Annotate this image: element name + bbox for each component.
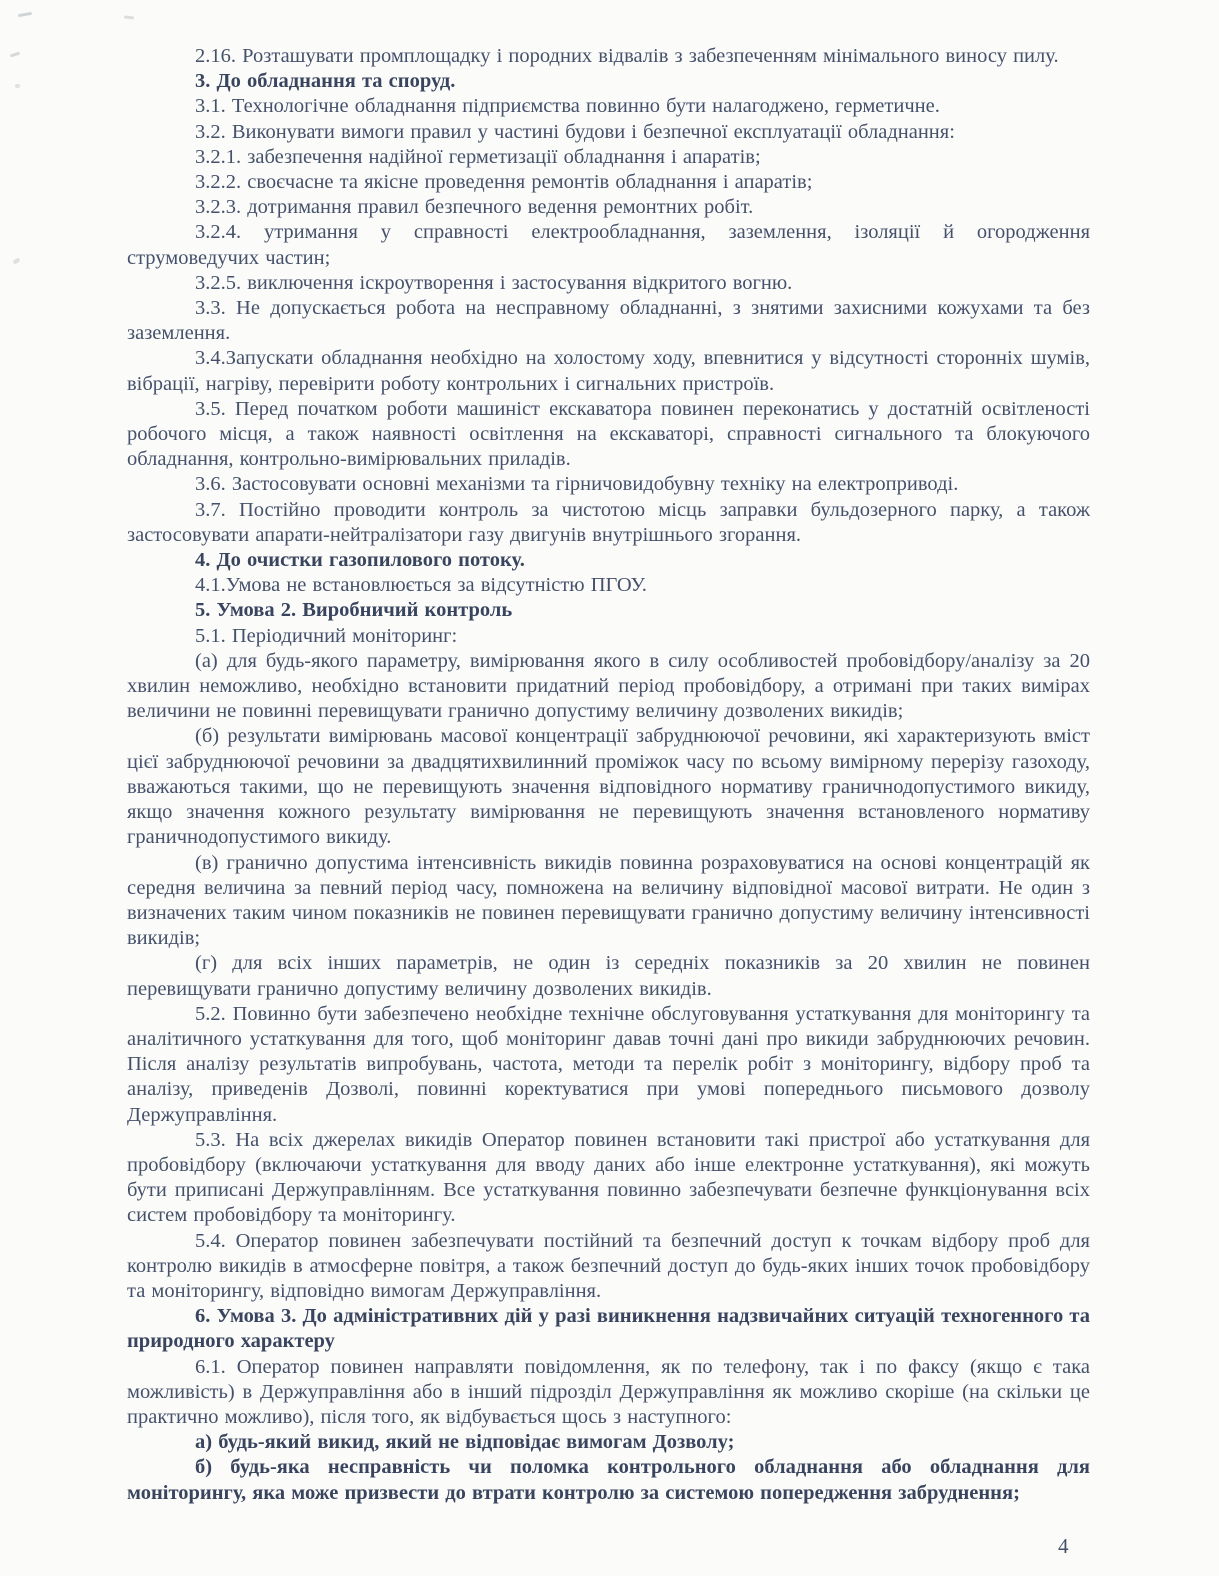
paragraph: 5.4. Оператор повинен забезпечувати пост… [127,1229,1090,1305]
paragraph: 3.3. Не допускається робота на несправно… [127,296,1090,346]
paragraph: 6.1. Оператор повинен направляти повідом… [127,1355,1090,1431]
document-body: 2.16. Розташувати промплощадку і породни… [127,44,1090,1506]
paragraph: (б) результати вимірювань масової концен… [127,724,1090,850]
paragraph: 3.2.4. утримання у справності електрообл… [127,220,1090,270]
scan-speck [10,52,20,58]
paragraph: 3.2. Виконувати вимоги правил у частині … [127,120,1090,145]
paragraph: 5.2. Повинно бути забезпечено необхідне … [127,1002,1090,1128]
paragraph: (а) для будь-якого параметру, вимірюванн… [127,649,1090,725]
paragraph: 3.2.1. забезпечення надійної герметизаці… [127,145,1090,170]
scan-speck [12,258,20,265]
paragraph: (г) для всіх інших параметрів, не один і… [127,951,1090,1001]
paragraph: 5.1. Періодичний моніторинг: [127,624,1090,649]
section-heading: 6. Умова 3. До адміністративних дій у ра… [127,1304,1090,1354]
paragraph: 3.4.Запускати обладнання необхідно на хо… [127,346,1090,396]
paragraph: 2.16. Розташувати промплощадку і породни… [127,44,1090,69]
paragraph: 5.3. На всіх джерелах викидів Оператор п… [127,1128,1090,1229]
section-heading: 4. До очистки газопилового потоку. [127,548,1090,573]
bold-list-item: а) будь-який викид, який не відповідає в… [127,1430,1090,1455]
scan-speck [15,84,20,88]
page-number: 4 [1058,1534,1069,1559]
paragraph: 3.2.2. своєчасне та якісне проведення ре… [127,170,1090,195]
paragraph: 3.2.5. виключення іскроутворення і засто… [127,271,1090,296]
paragraph: 3.2.3. дотримання правил безпечного веде… [127,195,1090,220]
paragraph: 3.1. Технологічне обладнання підприємств… [127,94,1090,119]
paragraph: 3.5. Перед початком роботи машиніст екск… [127,397,1090,473]
paragraph: 3.6. Застосовувати основні механізми та … [127,472,1090,497]
scan-speck [18,12,32,17]
scan-speck [124,15,134,19]
paragraph: (в) гранично допустима інтенсивність вик… [127,851,1090,952]
section-heading: 3. До обладнання та споруд. [127,69,1090,94]
document-page: 2.16. Розташувати промплощадку і породни… [0,0,1219,1576]
section-heading: 5. Умова 2. Виробничий контроль [127,598,1090,623]
bold-list-item: б) будь-яка несправність чи поломка конт… [127,1455,1090,1505]
paragraph: 4.1.Умова не встановлюється за відсутніс… [127,573,1090,598]
paragraph: 3.7. Постійно проводити контроль за чист… [127,498,1090,548]
